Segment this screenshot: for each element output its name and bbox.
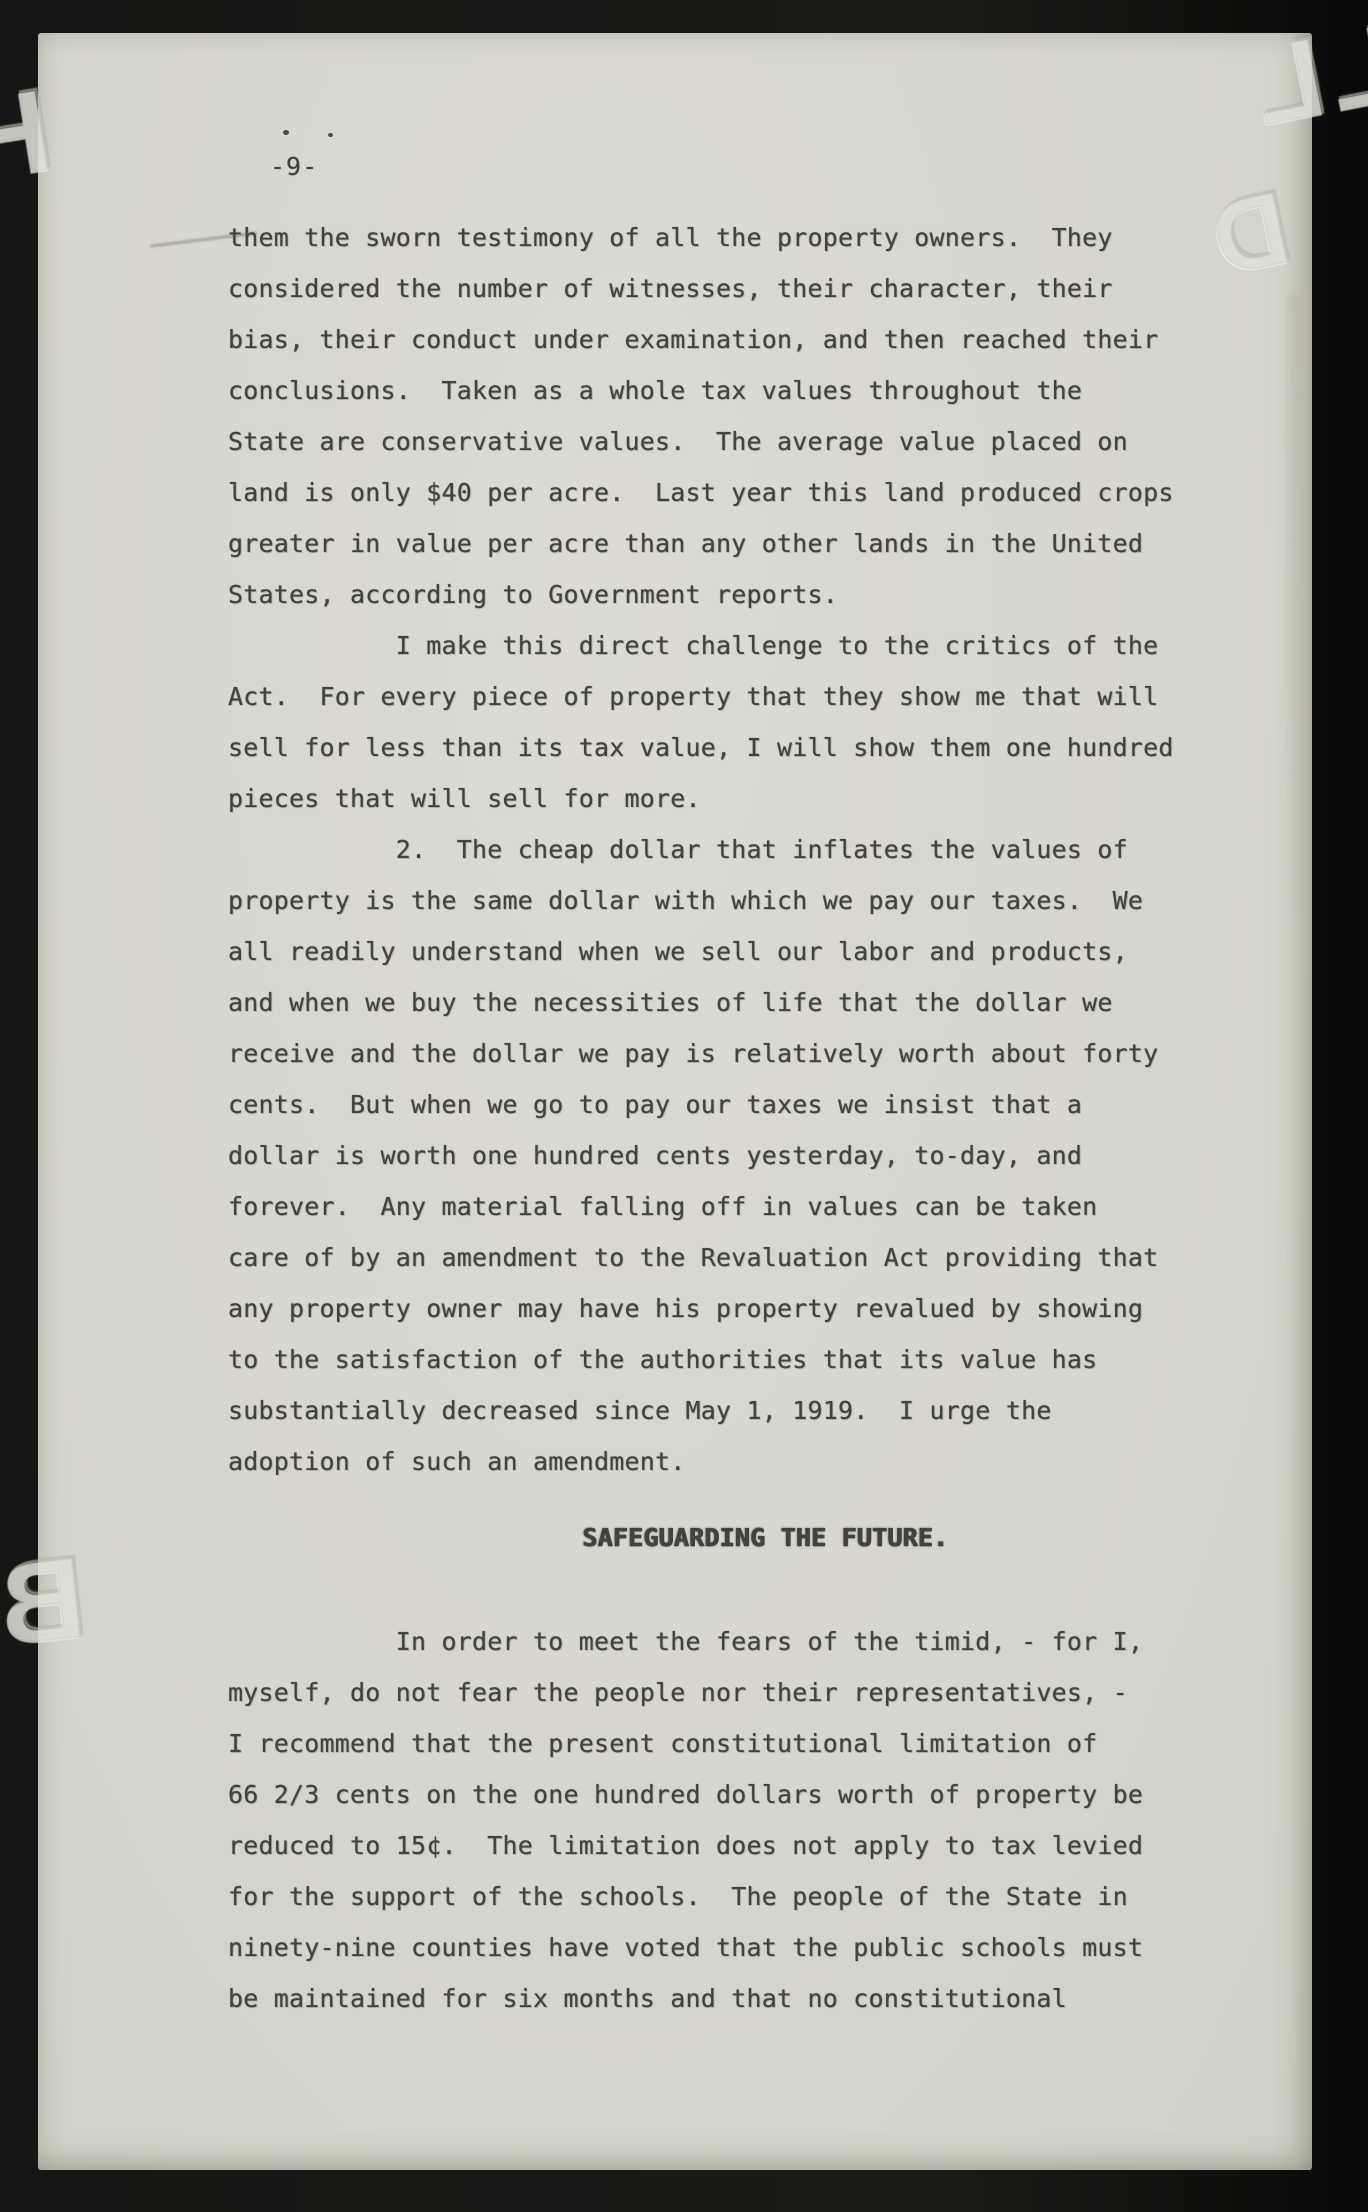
typed-line: substantially decreased since May 1, 191… [228,1385,1248,1436]
typed-line: conclusions. Taken as a whole tax values… [228,365,1248,416]
page-number: -9- [270,152,318,181]
typed-line: receive and the dollar we pay is relativ… [228,1028,1248,1079]
typed-line: pieces that will sell for more. [228,773,1248,824]
typed-line: Act. For every piece of property that th… [228,671,1248,722]
typed-line: In order to meet the fears of the timid,… [228,1616,1248,1667]
typed-line: I make this direct challenge to the crit… [228,620,1248,671]
typed-line: them the sworn testimony of all the prop… [228,212,1248,263]
watermark-bond: BOND [0,1529,92,1701]
typed-line: any property owner may have his property… [228,1283,1248,1334]
section-heading: SAFEGUARDING THE FUTURE. [582,1512,1248,1563]
typed-line: and when we buy the necessities of life … [228,977,1248,1028]
typed-line: forever. Any material falling off in val… [228,1181,1248,1232]
typed-line: cents. But when we go to pay our taxes w… [228,1079,1248,1130]
typed-line: sell for less than its tax value, I will… [228,722,1248,773]
typed-line: myself, do not fear the people nor their… [228,1667,1248,1718]
typed-line: State are conservative values. The avera… [228,416,1248,467]
ink-speck [328,133,333,137]
typed-line: for the support of the schools. The peop… [228,1871,1248,1922]
typed-line: to the satisfaction of the authorities t… [228,1334,1248,1385]
typed-line: I recommend that the present constitutio… [228,1718,1248,1769]
typed-line: care of by an amendment to the Revaluati… [228,1232,1248,1283]
typed-line: dollar is worth one hundred cents yester… [228,1130,1248,1181]
typed-line: reduced to 15¢. The limitation does not … [228,1820,1248,1871]
typed-line: considered the number of witnesses, thei… [228,263,1248,314]
typed-line: land is only $40 per acre. Last year thi… [228,467,1248,518]
typed-line: be maintained for six months and that no… [228,1973,1248,2024]
paper-sheet: HAM MILL D MERMI BOND -9- them the sworn… [38,33,1312,2170]
typed-line: greater in value per acre than any other… [228,518,1248,569]
scan-streak [1288,293,1298,913]
watermark-mill: MILL [1236,0,1368,152]
typed-line: 66 2/3 cents on the one hundred dollars … [228,1769,1248,1820]
typed-line: property is the same dollar with which w… [228,875,1248,926]
typed-line: all readily understand when we sell our … [228,926,1248,977]
typed-line: 2. The cheap dollar that inflates the va… [228,824,1248,875]
typed-line: adoption of such an amendment. [228,1436,1248,1487]
scan-background: { "document": { "page_number": "-9-", "h… [0,0,1368,2212]
typed-line: ninety-nine counties have voted that the… [228,1922,1248,1973]
typed-line: bias, their conduct under examination, a… [228,314,1248,365]
watermark-ham: HAM [0,61,61,241]
ink-speck [283,130,289,135]
typed-text: them the sworn testimony of all the prop… [228,212,1248,2024]
typed-line: States, according to Government reports. [228,569,1248,620]
